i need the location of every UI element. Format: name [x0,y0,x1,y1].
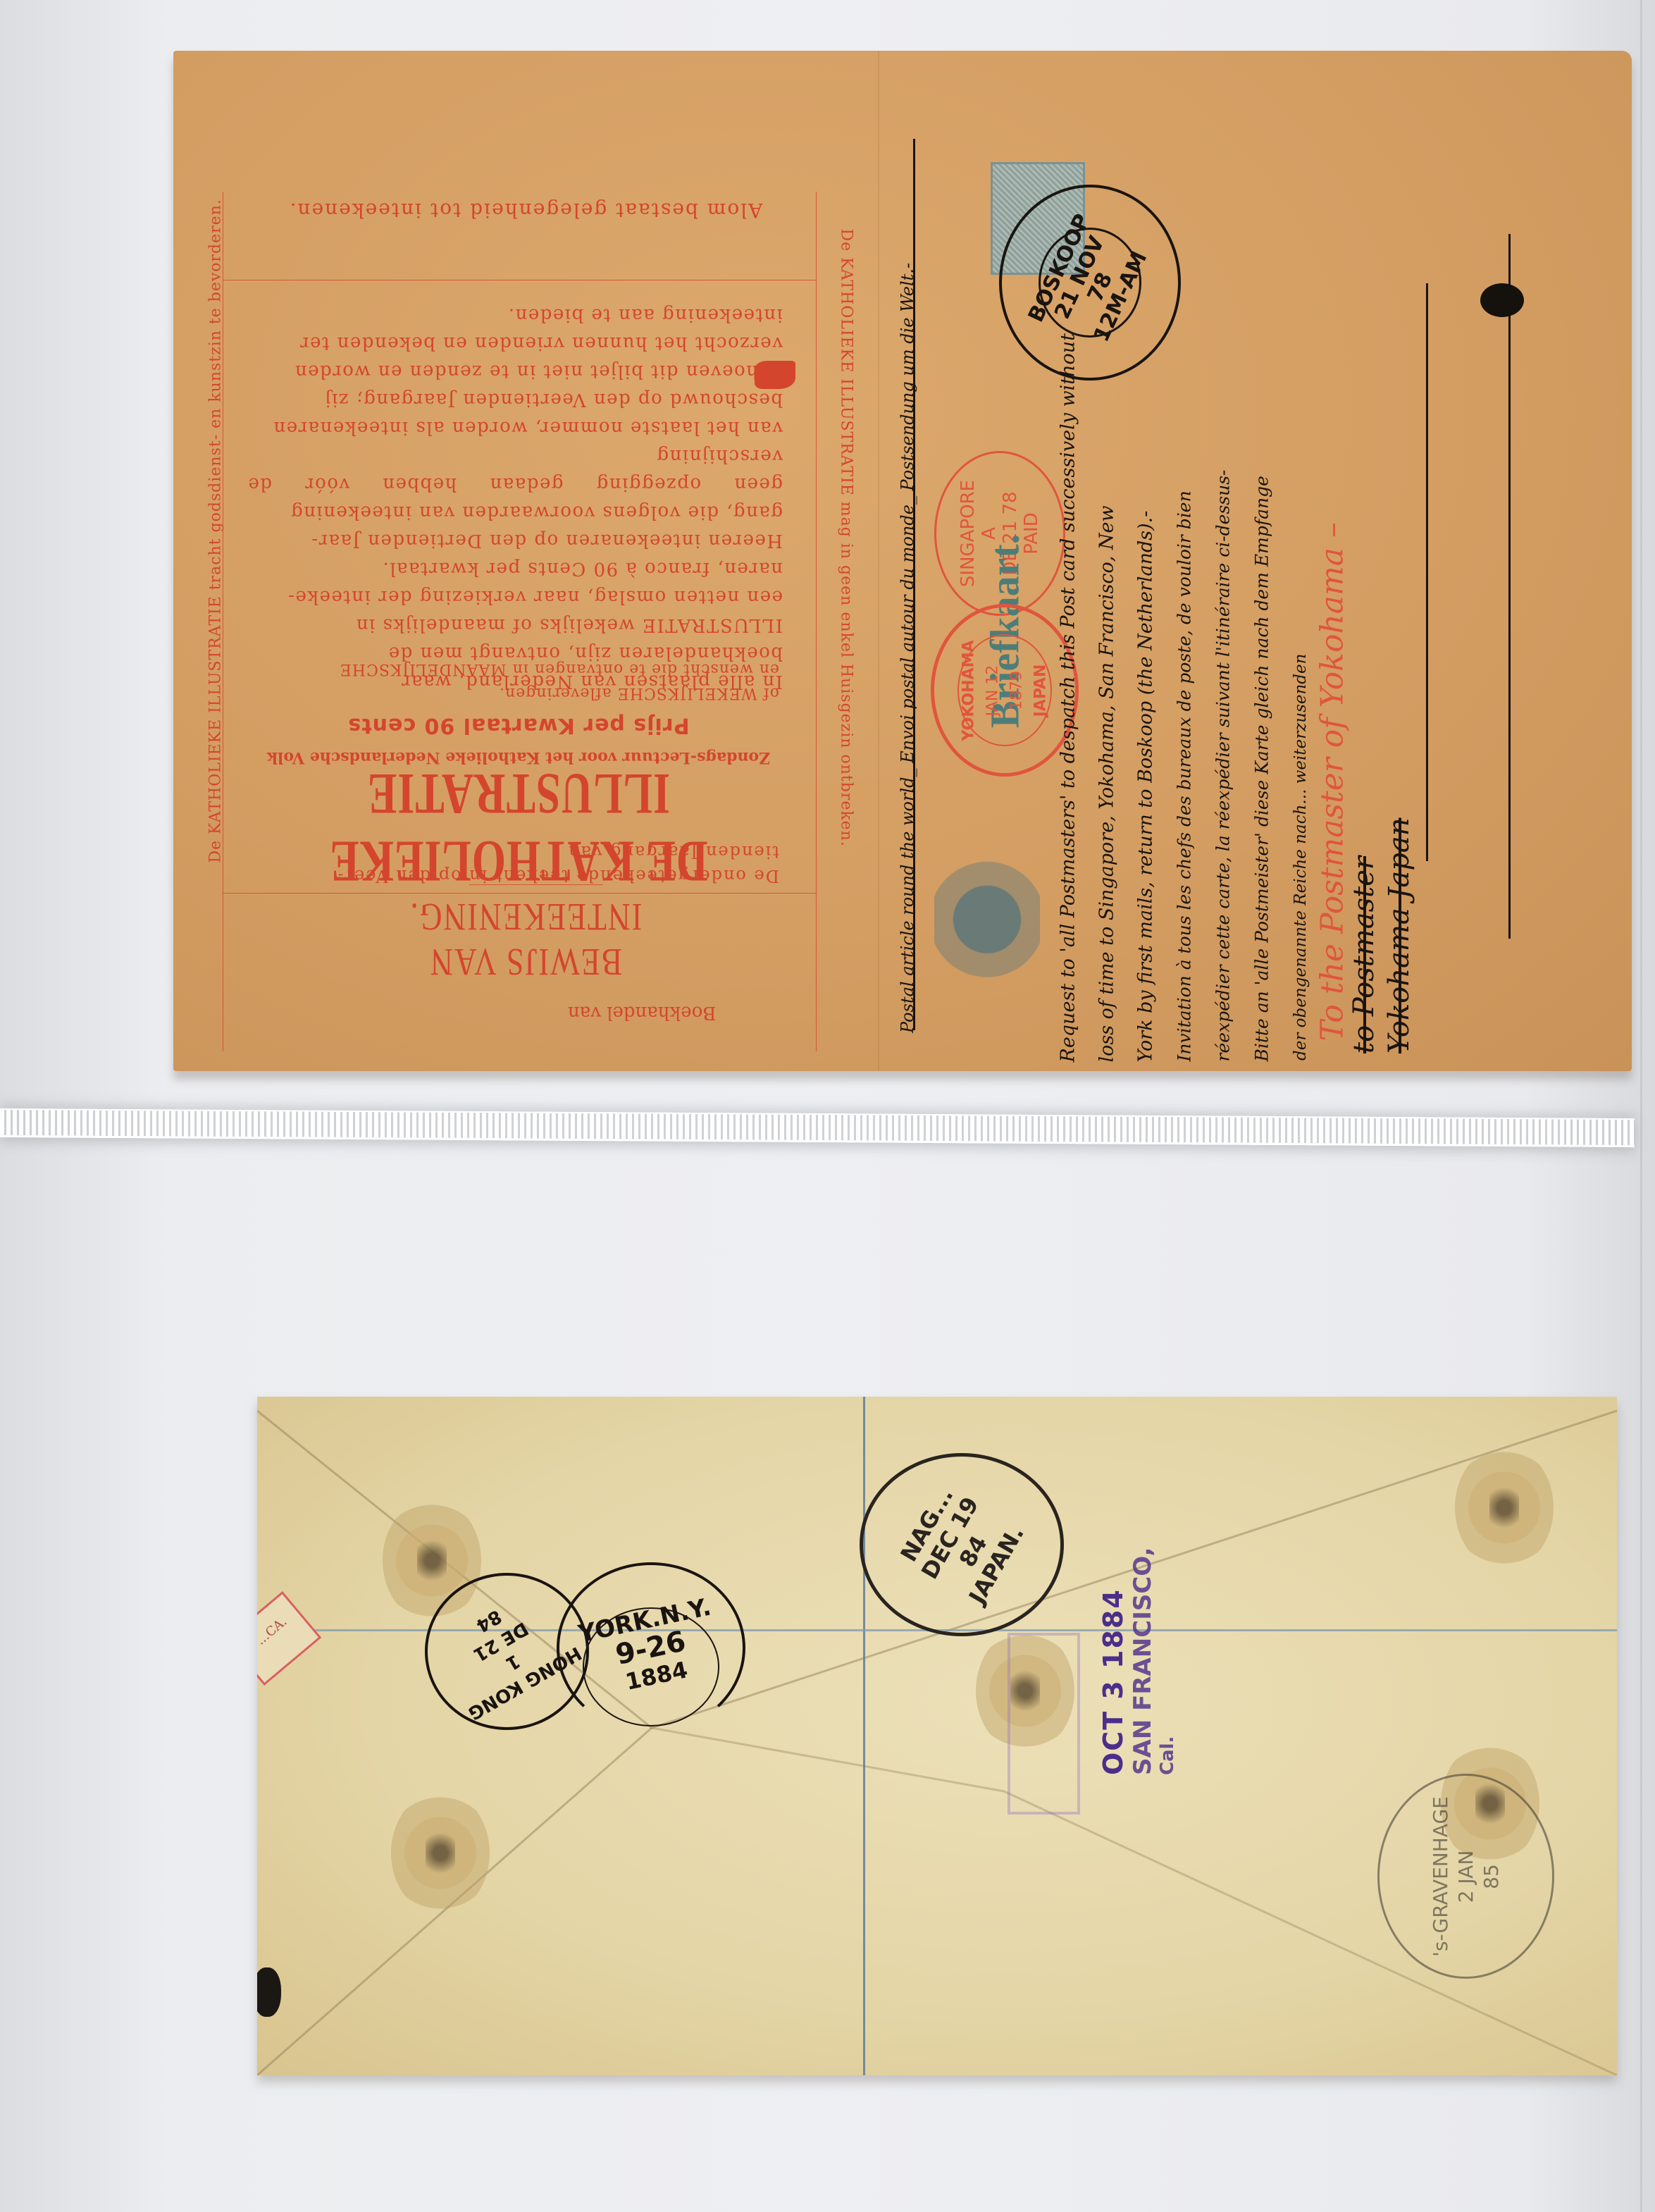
postmark-date: 2 JAN [1453,1796,1478,1957]
nagasaki-postmark: NAG... DEC 19 84 JAPAN. [860,1453,1064,1636]
postmark-town: SINGAPORE [957,480,979,587]
faint-registered-box [1008,1633,1080,1815]
sleeve-edge [1640,0,1642,2212]
paragraph-line: gang, die volgens voorwaarden van inteek… [247,498,783,526]
subscription-paragraph: In alle plaatsen van Nederland, waar boe… [247,301,783,696]
pointing-hand-icon [755,361,795,389]
handstamp-city: SAN FRANCISCO, [1129,1423,1157,1775]
strike-line [1508,234,1511,939]
paragraph-line: behoeven dit biljet niet in te zenden en… [247,357,783,385]
printed-header: Postal article round the world_ Envoi po… [898,131,917,1033]
paragraph-line: van het laatste nommer, worden als intee… [247,414,783,442]
paragraph-line: beschouwd op den Veertienden Jaargang; z… [247,385,783,414]
paragraph-line: een netten omslag, naar verkiezing der i… [247,583,783,611]
handwritten-line: loss of time to Singapore, Yokohama, San… [1096,231,1118,1063]
wax-seal [391,1791,490,1915]
subscribe-note: Alom bestaat gelegenheid tot inteekenen. [272,199,779,222]
price-line: Prijs per Kwartaal 90 cents [258,713,779,738]
registration-line-vertical [863,1397,865,2075]
struck-text: Yokohama Japan [1383,490,1415,1054]
paragraph-line: naren, franco à 90 Cents per kwartaal. [247,555,783,583]
ink-blot [257,1967,281,2017]
arrival-postmark: 's-GRAVENHAGE 2 JAN 85 [1377,1774,1554,1979]
new-york-postmark: YORK.N.Y. 9-26 1884 [557,1562,745,1734]
handwritten-line: York by first mails, return to Boskoop (… [1135,231,1157,1063]
postmark-year: 1879 [1005,640,1029,741]
border-rule [816,192,817,1051]
postmark-town: 's-GRAVENHAGE [1427,1796,1453,1957]
yokohama-postmark: YOKOHAMA JAN 12 1879 JAPAN [931,604,1079,777]
heading-text: BEWIJS VAN INTEEKENING. [314,894,737,984]
arrival-text: 's-GRAVENHAGE 2 JAN 85 [1427,1796,1504,1957]
delivery-line: en wenscht die te ontvangen in MAANDELIJ… [258,657,779,681]
handstamp-state: Cal. [1157,1423,1178,1775]
handwritten-line: réexpédier cette carte, la réexpédier su… [1213,230,1234,1062]
paragraph-line: geen opzegging gedaan hebben vóór de ver… [247,442,783,498]
intro-line: tienden Jaargang van [258,840,779,864]
handstamp-date: OCT 3 1884 [1098,1423,1129,1775]
paragraph-line: verzocht het hunnen vrienden en bekenden… [247,329,783,357]
ink-blot [1480,283,1524,317]
side-slogan-left: De KATHOLIEKE ILLUSTRATIE tracht godsdie… [207,229,225,863]
postmark-month: JAN [984,689,1001,716]
bookseller-label: Boekhandel van [568,1002,779,1023]
label-text: ...CA. [257,1614,290,1648]
delivery-preference: of WEKELIJKSCHE afleveringen. en wenscht… [258,657,779,705]
paragraph-line: Heeren inteekenaren op den Dertienden Ja… [247,526,783,555]
intro-text: De ondergeteekende teekent in op den Vee… [258,840,779,888]
postmark-town: YOKOHAMA [957,640,981,741]
side-slogan-right: De KATHOLIEKE ILLUSTRATIE mag in geen en… [838,229,855,863]
wax-seal [1455,1446,1554,1569]
postcard: De KATHOLIEKE ILLUSTRATIE tracht godsdie… [173,51,1632,1071]
san-francisco-handstamp: OCT 3 1884 SAN FRANCISCO, Cal. [1098,1423,1178,1775]
strike-line [1426,283,1428,861]
paragraph-line: ILLUSTRATIE wekelijks of maandelijks in [247,611,783,639]
handwritten-line: Invitation à tous les chefs des bureaux … [1174,230,1195,1062]
postmark-date: JAN 12 [981,640,1005,741]
struck-text: to Postmaster [1348,490,1380,1054]
delivery-line: of WEKELIJKSCHE afleveringen. [258,681,779,705]
handwritten-line: Bitte an 'alle Postmeister' diese Karte … [1252,230,1272,1062]
separator [469,884,603,885]
border-rule [223,280,816,280]
red-annotation: To the Postmaster of Yokohama – [1315,266,1351,1042]
dutch-coat-of-arms-icon [934,840,1040,984]
yokohama-text: YOKOHAMA JAN 12 1879 JAPAN [957,640,1053,741]
postmark-country: JAPAN [1029,640,1053,741]
heading: BEWIJS VAN INTEEKENING. [314,903,737,975]
subscription-panel: De KATHOLIEKE ILLUSTRATIE tracht godsdie… [173,51,878,1071]
postmark-day: 12 [984,665,1001,684]
handwritten-line: Request to 'all Postmasters' to despatch… [1058,231,1079,1063]
handwritten-line: der obengenannte Reiche nach... weiterzu… [1291,229,1310,1061]
postmark-year: 85 [1478,1796,1504,1957]
address-panel: Postal article round the world_ Envoi po… [878,51,1632,1071]
paragraph-line: inteekening aan te bieden. [247,301,783,329]
registered-envelope-back: ...CA. HONG KONG 1 DE 21 84 YORK.N.Y. 9-… [257,1397,1617,2075]
nagasaki-text: NAG... DEC 19 84 JAPAN. [893,1479,1030,1610]
